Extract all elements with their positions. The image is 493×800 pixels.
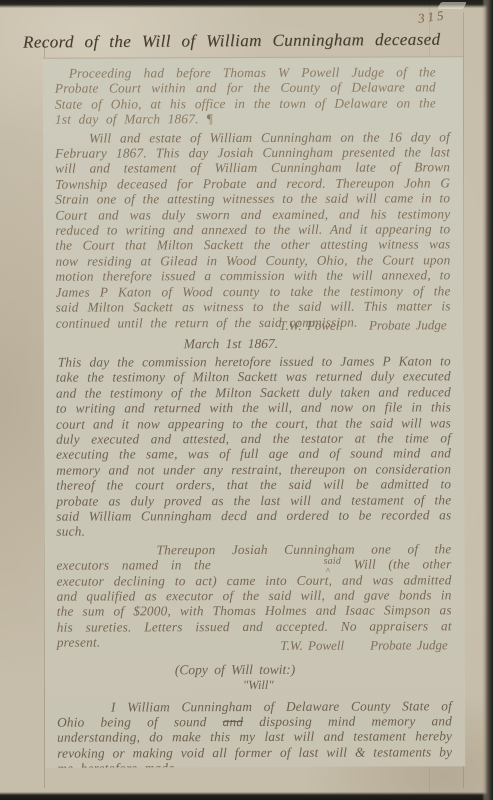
executor-paragraph: Thereupon Josiah Cunningham one of the e… [56, 541, 451, 650]
record-text-block: Proceeding had before Thomas W Powell Ju… [43, 56, 465, 767]
copy-of-will-heading: (Copy of Will towit:) [175, 661, 452, 678]
struck-out-word: and [223, 714, 244, 729]
judge-title: Probate Judge [369, 317, 447, 333]
march-entry-paragraph: This day the commission heretofore issue… [56, 353, 452, 539]
proceeding-paragraph: Proceeding had before Thomas W Powell Ju… [55, 64, 450, 127]
book-edge-right [482, 0, 493, 800]
photo-edge-top [0, 0, 493, 8]
photo-edge-bottom [0, 792, 493, 800]
page-number: 315 [417, 7, 447, 26]
paper-glint [437, 2, 467, 9]
judge-name: T.W. Powell [280, 637, 344, 653]
will-label: "Will" [243, 677, 452, 693]
february-entry-paragraph: Will and estate of William Cunningham on… [55, 129, 451, 331]
will-text-paragraph: I William Cunningham of Delaware County … [57, 698, 452, 768]
judge-title: Probate Judge [370, 637, 448, 653]
ledger-page-photo: 315 Record of the Will of William Cunnin… [0, 0, 493, 800]
judge-name: T.W. Powell [279, 318, 343, 334]
march-date-heading: March 1st 1867. [184, 335, 451, 352]
judge-signature-2: T.W. Powell Probate Judge [57, 637, 452, 654]
page-title: Record of the Will of William Cunningham… [23, 29, 481, 52]
